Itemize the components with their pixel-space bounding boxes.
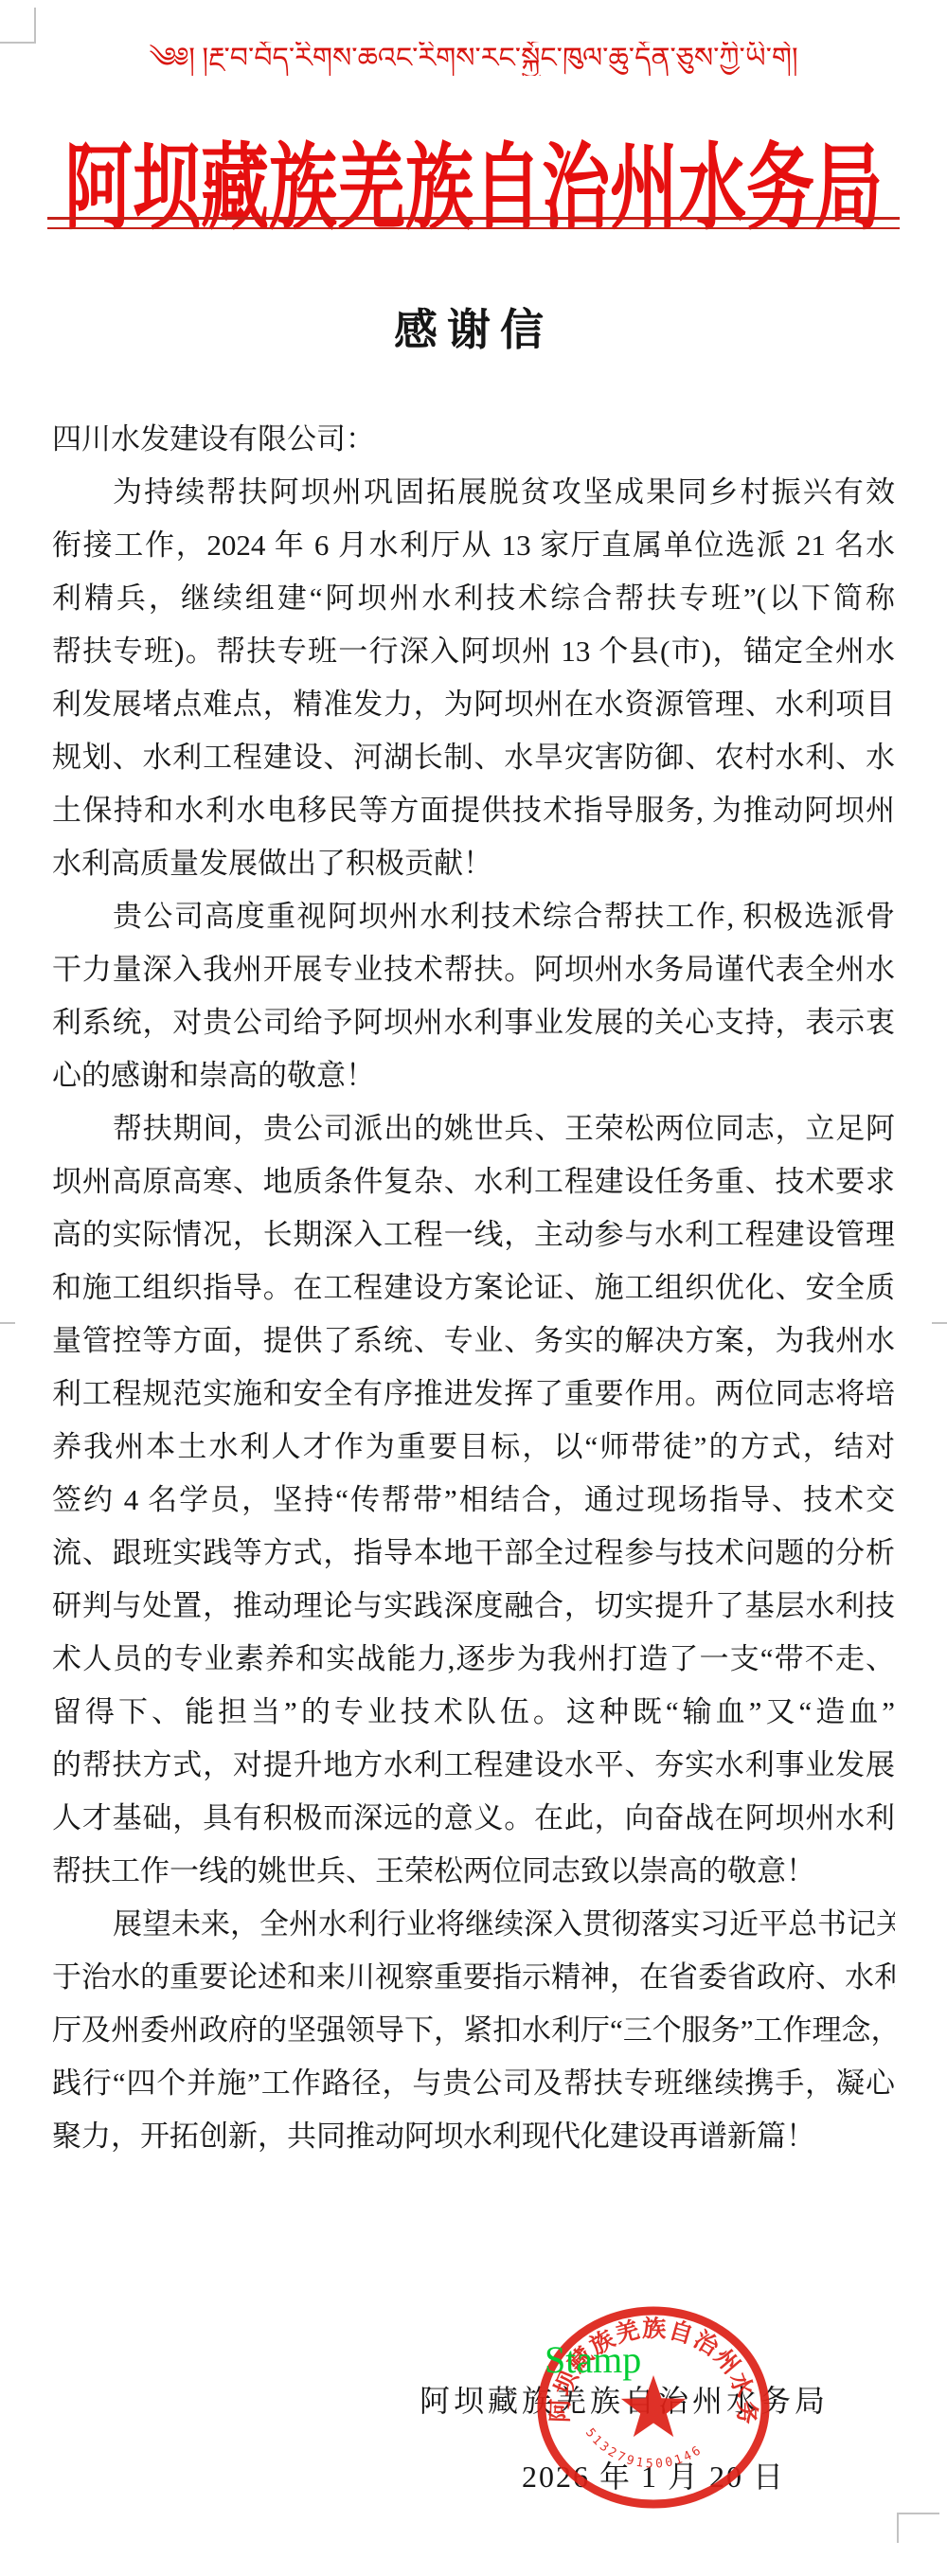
page-mark-top-left-horizontal [0, 42, 36, 44]
letter-line: 利工程规范实施和安全有序推进发挥了重要作用。两位同志将培 [52, 1368, 895, 1421]
page-mark-mid-right [932, 1322, 947, 1324]
letter-line: 水利高质量发展做出了积极贡献！ [52, 837, 895, 890]
page-mark-top-left-vertical [34, 8, 36, 44]
letter-line: 帮扶专班)。帮扶专班一行深入阿坝州 13 个县(市)，锚定全州水 [52, 625, 895, 678]
tibetan-letterhead-line: ༄༅། །རྔ་བ་བོད་རིགས་ཆའང་རིགས་རང་སྐྱོང་ཁུལ… [28, 42, 919, 76]
letter-page: { "document": { "header": { "tibetan_lin… [0, 0, 947, 2576]
svg-text:5132791500146: 5132791500146 [582, 2426, 706, 2472]
letter-body: 四川水发建设有限公司：为持续帮扶阿坝州巩固拓展脱贫攻坚成果同乡村振兴有效衔接工作… [52, 413, 895, 2163]
letter-line: 利系统，对贵公司给予阿坝州水利事业发展的关心支持，表示衷 [52, 996, 895, 1049]
stamp-annotation-label: Stamp [545, 2337, 641, 2382]
letter-line: 衔接工作，2024 年 6 月水利厅从 13 家厅直属单位选派 21 名水 [52, 519, 895, 572]
letter-line: 干力量深入我州开展专业技术帮扶。阿坝州水务局谨代表全州水 [52, 943, 895, 996]
letter-line: 留得下、能担当”的专业技术队伍。这种既“输血”又“造血” [52, 1686, 895, 1739]
letter-title: 感谢信 [0, 295, 947, 358]
letter-line: 签约 4 名学员，坚持“传帮带”相结合，通过现场指导、技术交 [52, 1474, 895, 1527]
letter-line: 的帮扶方式，对提升地方水利工程建设水平、夯实水利事业发展 [52, 1739, 895, 1792]
letter-line: 量管控等方面，提供了系统、专业、务实的解决方案，为我州水 [52, 1315, 895, 1368]
letter-line: 研判与处置，推动理论与实践深度融合，切实提升了基层水利技 [52, 1580, 895, 1633]
letter-line: 为持续帮扶阿坝州巩固拓展脱贫攻坚成果同乡村振兴有效 [52, 466, 895, 519]
letter-line: 心的感谢和崇高的敬意！ [52, 1049, 895, 1102]
page-mark-bottom-right-vertical [897, 2513, 899, 2543]
letter-line: 利精兵，继续组建“阿坝州水利技术综合帮扶专班”(以下简称 [52, 572, 895, 625]
letter-line: 养我州本土水利人才作为重要目标，以“师带徒”的方式，结对 [52, 1421, 895, 1474]
letter-line: 坝州高原高寒、地质条件复杂、水利工程建设任务重、技术要求 [52, 1155, 895, 1208]
letter-line: 践行“四个并施”工作路径，与贵公司及帮扶专班继续携手，凝心 [52, 2057, 895, 2110]
letter-line: 利发展堵点难点，精准发力，为阿坝州在水资源管理、水利项目 [52, 678, 895, 731]
letter-line: 帮扶工作一线的姚世兵、王荣松两位同志致以崇高的敬意！ [52, 1845, 895, 1898]
letter-line: 土保持和水利水电移民等方面提供技术指导服务, 为推动阿坝州 [52, 784, 895, 837]
letter-line: 展望未来，全州水利行业将继续深入贯彻落实习近平总书记关 [52, 1898, 895, 1951]
letter-line: 四川水发建设有限公司： [52, 413, 895, 466]
header-rule-thick [47, 217, 900, 220]
seal-code-text: 5132791500146 [582, 2426, 706, 2472]
header-rule-thin [47, 227, 900, 229]
letter-line: 聚力，开拓创新，共同推动阿坝水利现代化建设再谱新篇！ [52, 2110, 895, 2163]
letter-line: 贵公司高度重视阿坝州水利技术综合帮扶工作, 积极选派骨 [52, 890, 895, 943]
letter-line: 帮扶期间，贵公司派出的姚世兵、王荣松两位同志，立足阿 [52, 1102, 895, 1155]
letter-line: 高的实际情况，长期深入工程一线，主动参与水利工程建设管理 [52, 1208, 895, 1261]
letter-line: 流、跟班实践等方式，指导本地干部全过程参与技术问题的分析 [52, 1527, 895, 1580]
letter-line: 和施工组织指导。在工程建设方案论证、施工组织优化、安全质 [52, 1261, 895, 1315]
official-seal: 阿坝藏族羌族自治州水务局 5132791500146 [516, 2284, 800, 2540]
seal-star-icon [621, 2375, 686, 2437]
letter-line: 人才基础，具有积极而深远的意义。在此，向奋战在阿坝州水利 [52, 1792, 895, 1845]
page-mark-bottom-right-horizontal [897, 2513, 939, 2514]
letter-line: 术人员的专业素养和实战能力,逐步为我州打造了一支“带不走、 [52, 1633, 895, 1686]
letter-line: 规划、水利工程建设、河湖长制、水旱灾害防御、农村水利、水 [52, 731, 895, 784]
letter-line: 于治水的重要论述和来川视察重要指示精神，在省委省政府、水利 [52, 1951, 895, 2004]
letter-line: 厅及州委州政府的坚强领导下，紧扣水利厅“三个服务”工作理念， [52, 2004, 895, 2057]
page-mark-mid-left [0, 1322, 15, 1324]
